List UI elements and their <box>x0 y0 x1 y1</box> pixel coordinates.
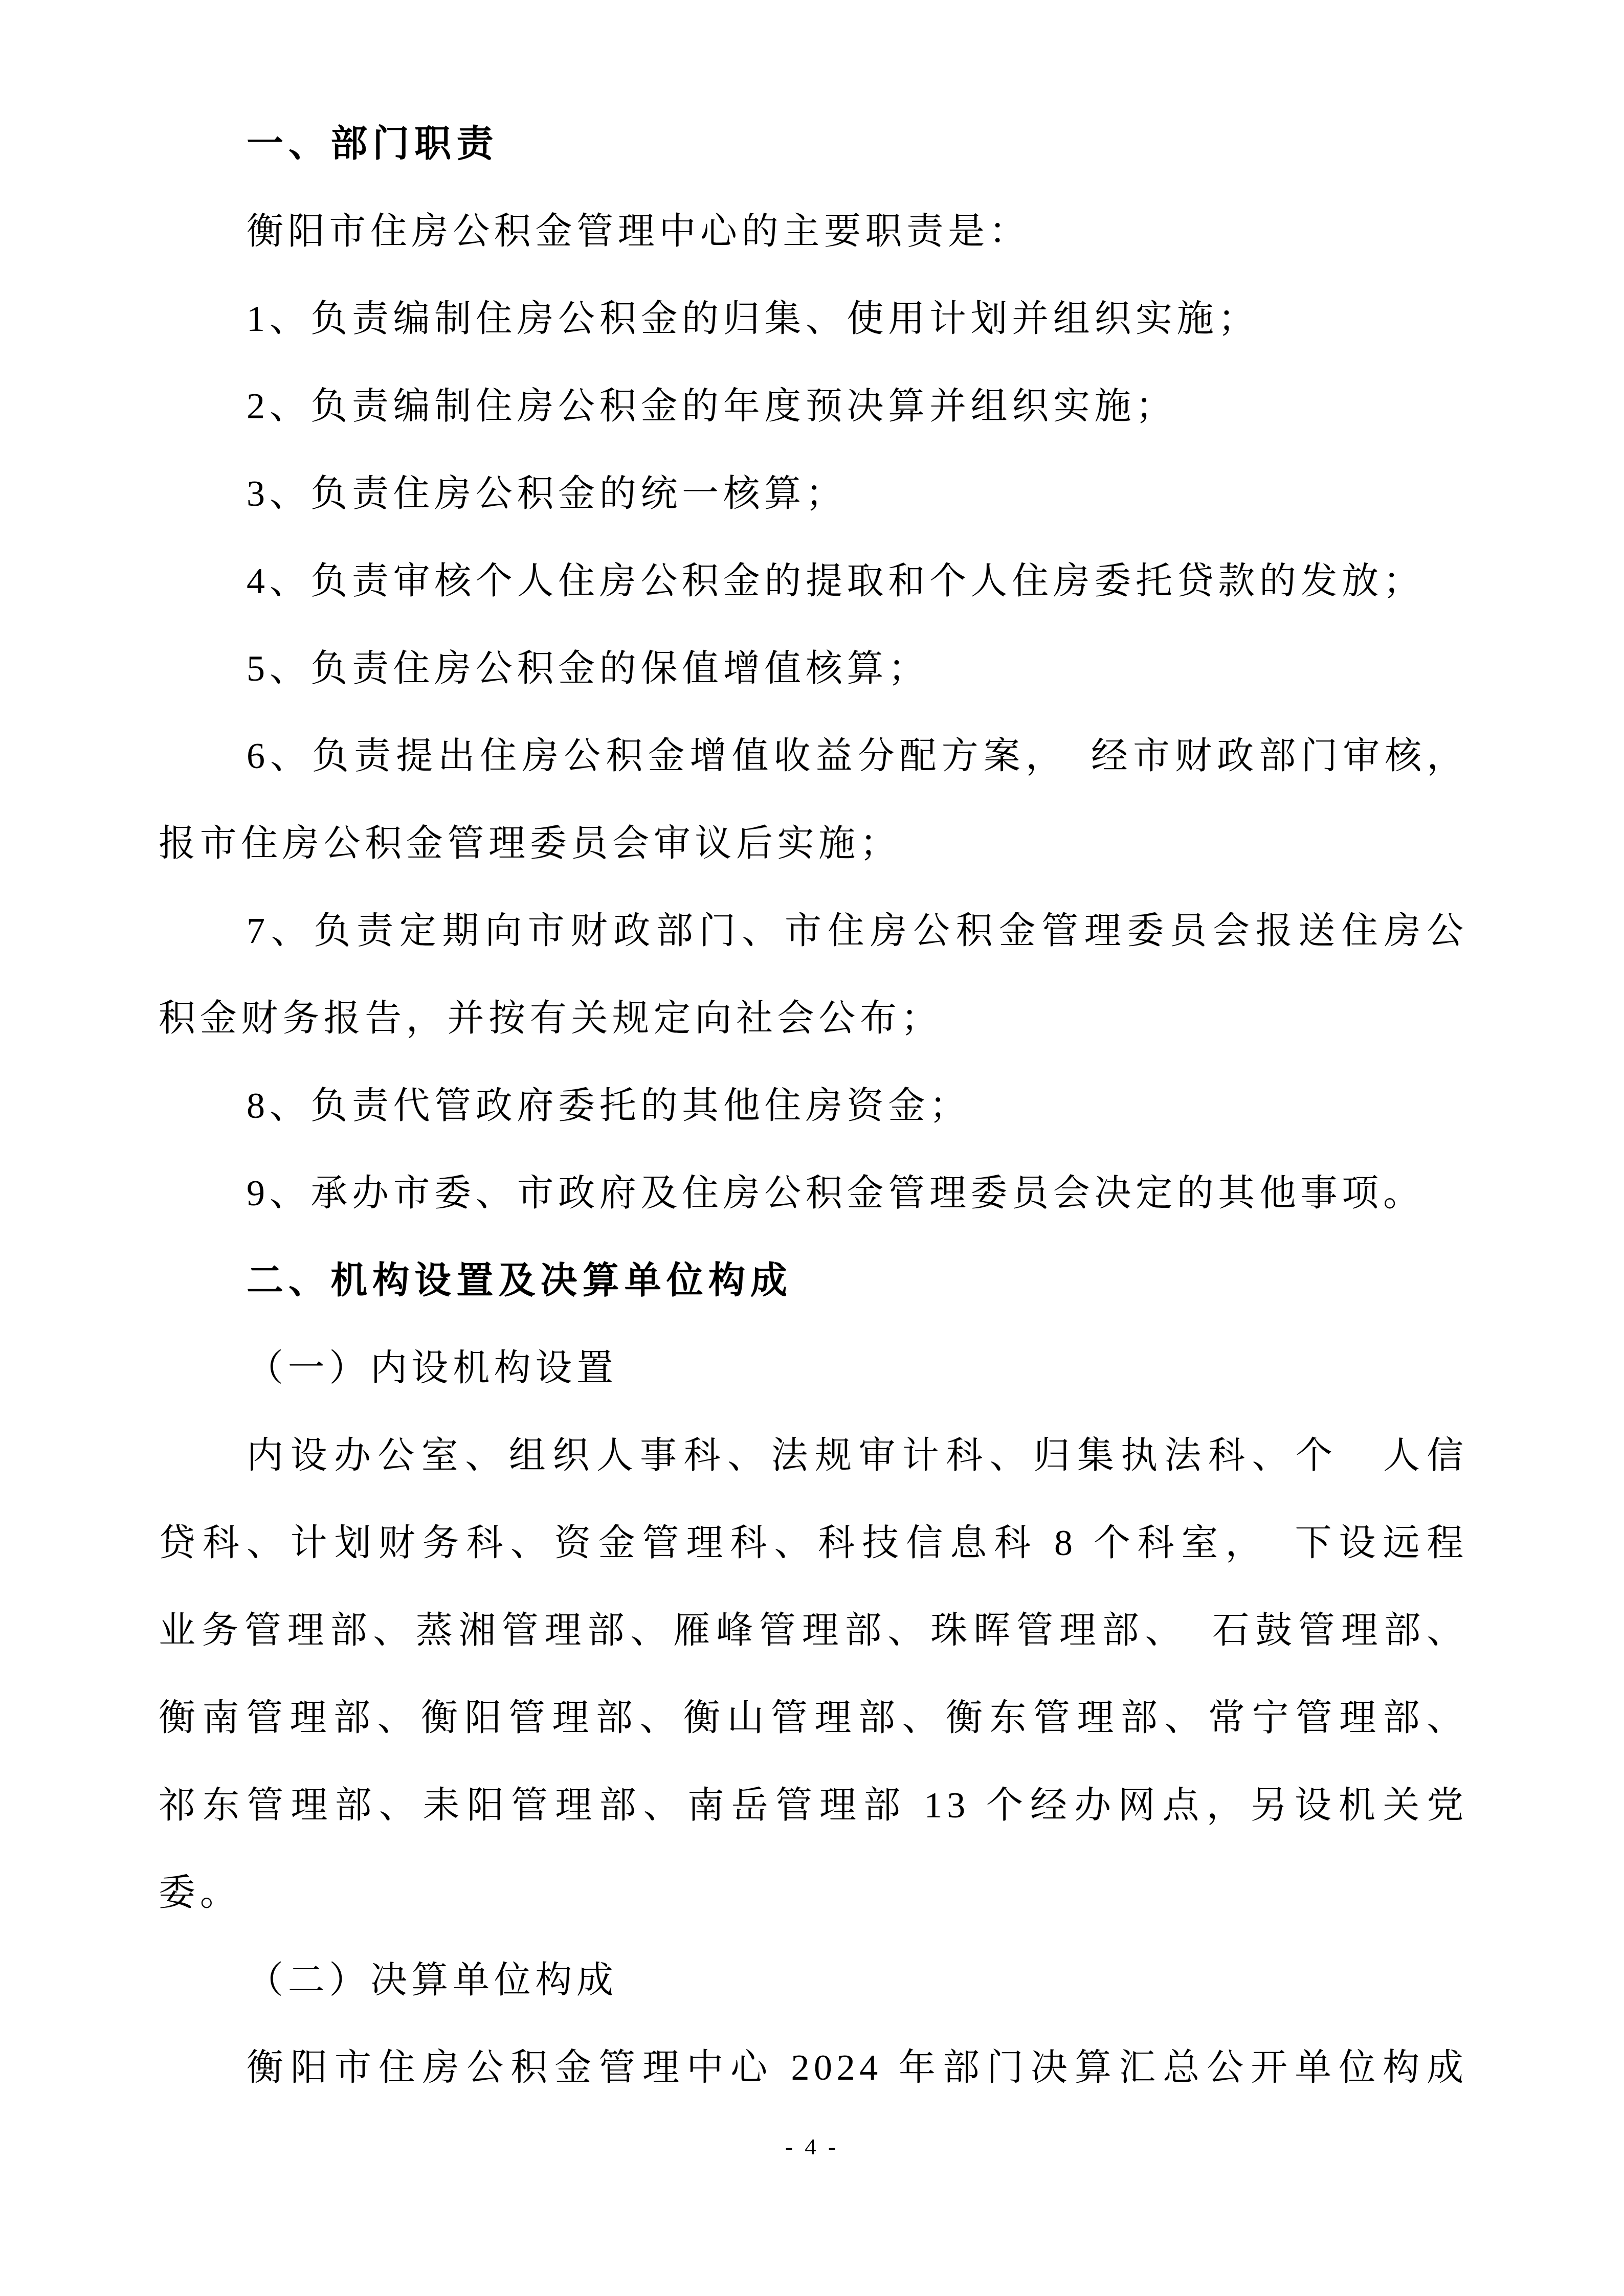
org-para-line-2: 贷科、计划财务科、资金管理科、科技信息科 8 个科室， 下设远程 <box>159 1499 1468 1587</box>
intro-line: 衡阳市住房公积金管理中心的主要职责是： <box>159 188 1468 275</box>
org-para-line-1: 内设办公室、组织人事科、法规审计科、归集执法科、个 人信 <box>159 1412 1468 1499</box>
duty-item-4: 4、负责审核个人住房公积金的提取和个人住房委托贷款的发放； <box>159 537 1468 625</box>
duty-item-3: 3、负责住房公积金的统一核算； <box>159 450 1468 537</box>
subsection-heading-unit-composition: （二）决算单位构成 <box>159 1937 1468 2024</box>
duty-item-6-line-2: 报市住房公积金管理委员会审议后实施； <box>159 800 1468 887</box>
subsection-heading-internal-org: （一）内设机构设置 <box>159 1324 1468 1412</box>
duty-item-6-line-1: 6、负责提出住房公积金增值收益分配方案， 经市财政部门审核， <box>159 712 1468 800</box>
org-para-line-6: 委。 <box>159 1849 1468 1937</box>
section-heading-org-structure: 二、机构设置及决算单位构成 <box>159 1237 1468 1324</box>
org-para-line-5: 祁东管理部、耒阳管理部、南岳管理部 13 个经办网点，另设机关党 <box>159 1762 1468 1849</box>
page-number: - 4 - <box>0 2133 1624 2160</box>
section-heading-dept-duties: 一、部门职责 <box>159 100 1468 188</box>
duty-item-5: 5、负责住房公积金的保值增值核算； <box>159 625 1468 712</box>
duty-item-7-line-2: 积金财务报告，并按有关规定向社会公布； <box>159 975 1468 1062</box>
duty-item-9: 9、承办市委、市政府及住房公积金管理委员会决定的其他事项。 <box>159 1150 1468 1237</box>
unit-para-line-1: 衡阳市住房公积金管理中心 2024 年部门决算汇总公开单位构成 <box>159 2024 1468 2111</box>
document-page: 一、部门职责 衡阳市住房公积金管理中心的主要职责是： 1、负责编制住房公积金的归… <box>0 0 1624 2296</box>
duty-item-8: 8、负责代管政府委托的其他住房资金； <box>159 1062 1468 1150</box>
duty-item-7-line-1: 7、负责定期向市财政部门、市住房公积金管理委员会报送住房公 <box>159 887 1468 975</box>
org-para-line-3: 业务管理部、蒸湘管理部、雁峰管理部、珠晖管理部、 石鼓管理部、 <box>159 1587 1468 1674</box>
org-para-line-4: 衡南管理部、衡阳管理部、衡山管理部、衡东管理部、常宁管理部、 <box>159 1674 1468 1762</box>
duty-item-1: 1、负责编制住房公积金的归集、使用计划并组织实施； <box>159 275 1468 363</box>
duty-item-2: 2、负责编制住房公积金的年度预决算并组织实施； <box>159 363 1468 450</box>
